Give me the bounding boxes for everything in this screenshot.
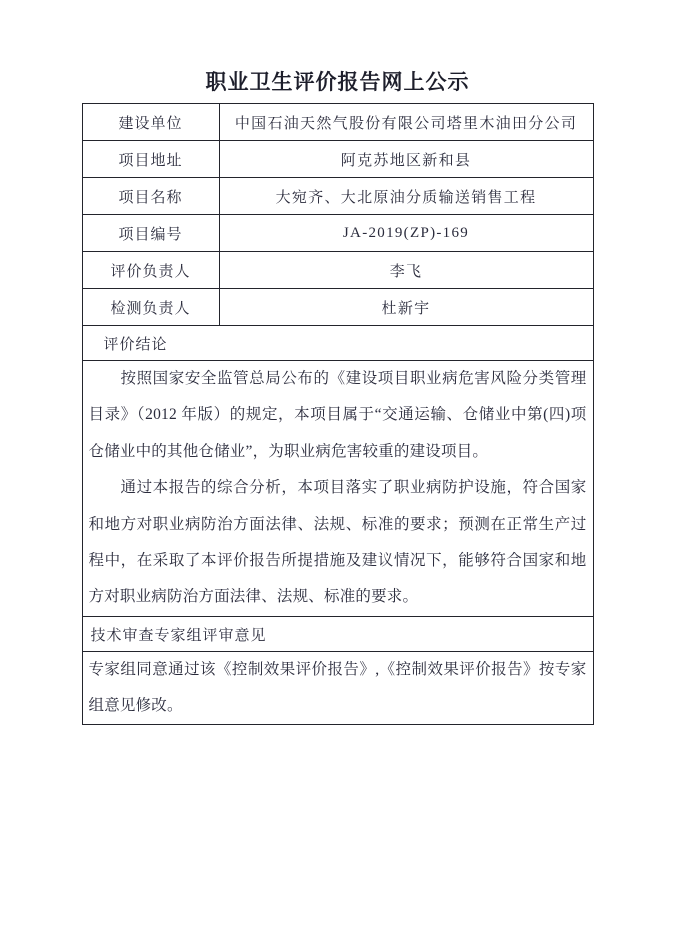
- report-table: 建设单位 中国石油天然气股份有限公司塔里木油田分公司 项目地址 阿克苏地区新和县…: [82, 103, 594, 725]
- conclusion-paragraph: 按照国家安全监管总局公布的《建设项目职业病危害风险分类管理目录》（2012 年版…: [89, 361, 587, 470]
- table-row-project-name: 项目名称 大宛齐、大北原油分质输送销售工程: [82, 178, 593, 215]
- conclusion-paragraph: 通过本报告的综合分析，本项目落实了职业病防护设施，符合国家和地方对职业病防治方面…: [89, 470, 587, 616]
- conclusion-body-row: 按照国家安全监管总局公布的《建设项目职业病危害风险分类管理目录》（2012 年版…: [82, 361, 593, 617]
- row-value: 中国石油天然气股份有限公司塔里木油田分公司: [219, 104, 593, 141]
- document-page: 职业卫生评价报告网上公示 建设单位 中国石油天然气股份有限公司塔里木油田分公司 …: [0, 0, 675, 944]
- row-value: 大宛齐、大北原油分质输送销售工程: [219, 178, 593, 215]
- row-label: 检测负责人: [82, 289, 219, 326]
- expert-review-body-row: 专家组同意通过该《控制效果评价报告》,《控制效果评价报告》按专家组意见修改。: [82, 652, 593, 725]
- conclusion-heading: 评价结论: [82, 326, 593, 361]
- row-value: 杜新宇: [219, 289, 593, 326]
- table-row-detection-lead: 检测负责人 杜新宇: [82, 289, 593, 326]
- table-row-evaluation-lead: 评价负责人 李飞: [82, 252, 593, 289]
- row-value: 阿克苏地区新和县: [219, 141, 593, 178]
- page-title: 职业卫生评价报告网上公示: [0, 0, 675, 103]
- conclusion-body: 按照国家安全监管总局公布的《建设项目职业病危害风险分类管理目录》（2012 年版…: [82, 361, 593, 617]
- row-value: JA-2019(ZP)-169: [219, 215, 593, 252]
- expert-review-body: 专家组同意通过该《控制效果评价报告》,《控制效果评价报告》按专家组意见修改。: [82, 652, 593, 725]
- table-row-construction-unit: 建设单位 中国石油天然气股份有限公司塔里木油田分公司: [82, 104, 593, 141]
- row-label: 项目名称: [82, 178, 219, 215]
- row-label: 项目编号: [82, 215, 219, 252]
- expert-review-heading: 技术审查专家组评审意见: [82, 617, 593, 652]
- row-label: 项目地址: [82, 141, 219, 178]
- row-label: 评价负责人: [82, 252, 219, 289]
- table-row-project-address: 项目地址 阿克苏地区新和县: [82, 141, 593, 178]
- table-row-project-number: 项目编号 JA-2019(ZP)-169: [82, 215, 593, 252]
- expert-review-heading-row: 技术审查专家组评审意见: [82, 617, 593, 652]
- expert-review-paragraph: 专家组同意通过该《控制效果评价报告》,《控制效果评价报告》按专家组意见修改。: [89, 652, 587, 724]
- conclusion-heading-row: 评价结论: [82, 326, 593, 361]
- row-value: 李飞: [219, 252, 593, 289]
- row-label: 建设单位: [82, 104, 219, 141]
